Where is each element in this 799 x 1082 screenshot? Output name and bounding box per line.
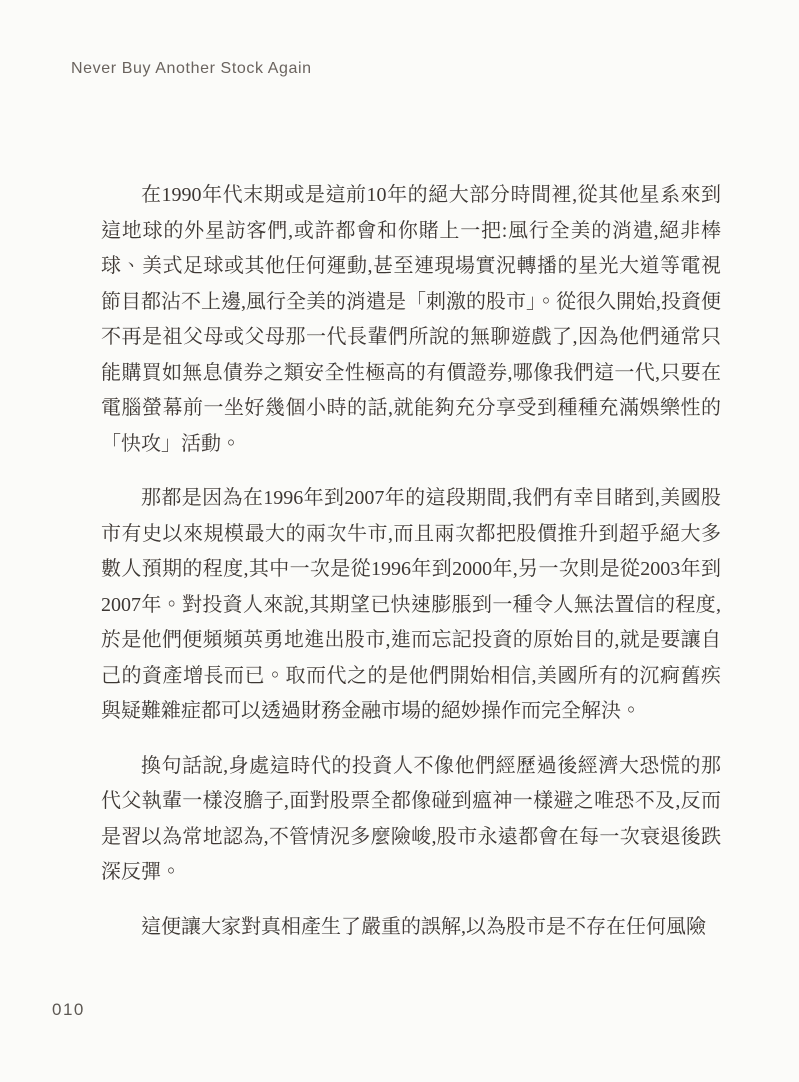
page-number: 010 (52, 1000, 85, 1020)
paragraph-2: 那都是因為在1996年到2007年的這段期間,我們有幸目睹到,美國股市有史以來規… (101, 481, 721, 730)
body-text: 在1990年代末期或是這前10年的絕大部分時間裡,從其他星系來到這地球的外星訪客… (101, 178, 721, 964)
book-page: Never Buy Another Stock Again 在1990年代末期或… (0, 0, 799, 1082)
paragraph-4: 這便讓大家對真相產生了嚴重的誤解,以為股市是不存在任何風險 (101, 910, 721, 946)
running-header: Never Buy Another Stock Again (71, 60, 312, 78)
paragraph-3: 換句話說,身處這時代的投資人不像他們經歷過後經濟大恐慌的那代父執輩一樣沒膽子,面… (101, 749, 721, 891)
paragraph-1: 在1990年代末期或是這前10年的絕大部分時間裡,從其他星系來到這地球的外星訪客… (101, 178, 721, 462)
